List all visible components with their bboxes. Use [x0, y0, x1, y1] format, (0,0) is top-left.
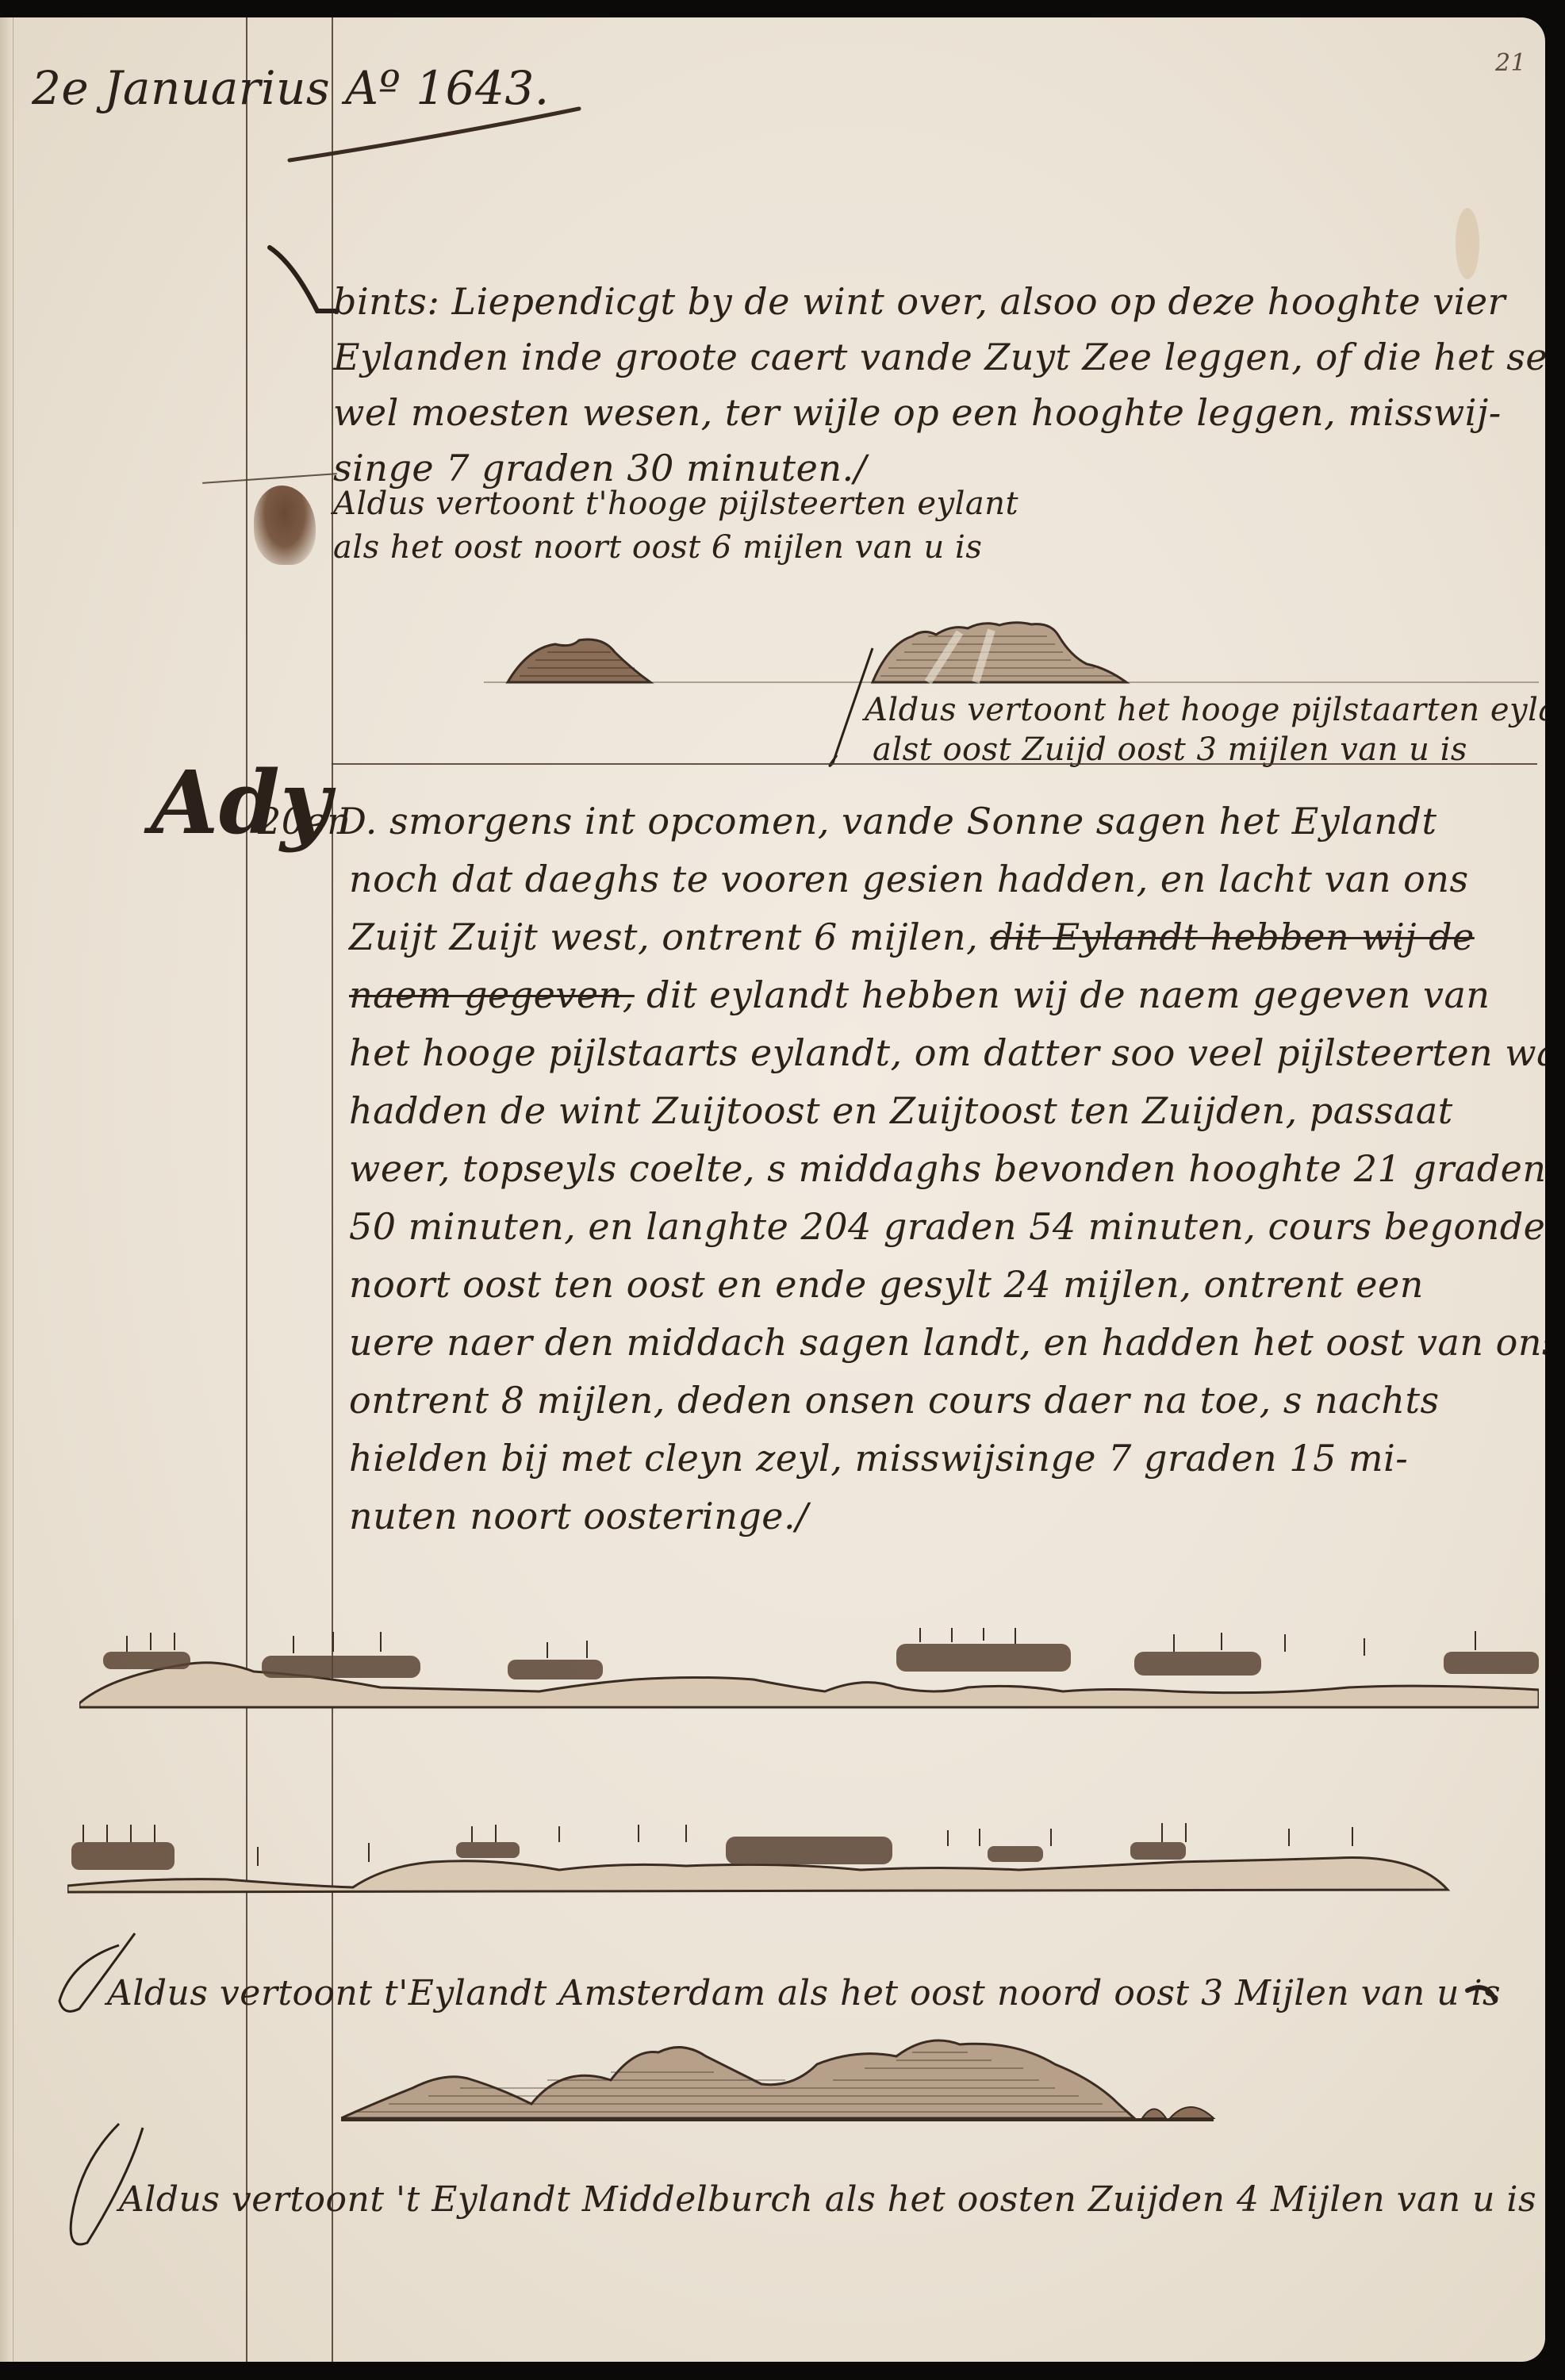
folio-number: 21: [1495, 49, 1526, 77]
entry-1-underline: [202, 473, 337, 484]
sketch-caption-3: Aldus vertoont t'Eylandt Amsterdam als h…: [107, 1973, 1501, 2013]
coastline-palms-upper: [79, 1628, 1539, 1715]
mountain-island-sketch: [341, 2025, 1539, 2128]
sketch-caption-2-line: Aldus vertoont het hooge pijlstaarten ey…: [865, 692, 1545, 728]
entry-2-line: hielden bij met cleyn zeyl, misswijsinge…: [349, 1440, 1408, 1476]
entry-2-line-text: Zuijt Zuijt west, ontrent 6 mijlen,: [349, 916, 978, 958]
large-island-sketch: [873, 623, 1126, 682]
small-island-sketch: [508, 639, 650, 682]
ink-blot: [254, 486, 316, 565]
facing-page-edge: [0, 17, 13, 2362]
manuscript-page: 21 2e Januarius Aº 1643. bints: Liependi…: [0, 17, 1545, 2362]
sketch-caption-1-line: Aldus vertoont t'hooge pijlsteerten eyla…: [333, 486, 1018, 522]
entry-2-line: weer, topseyls coelte, s middaghs bevond…: [349, 1150, 1545, 1187]
entry-2-line: uere naer den middach sagen landt, en ha…: [349, 1324, 1545, 1361]
sketch-caption-1-line: als het oost noort oost 6 mijlen van u i…: [333, 529, 982, 566]
entry-2-line: 50 minuten, en langhte 204 graden 54 min…: [349, 1208, 1545, 1245]
entry-2-line: het hooge pijlstaarts eylandt, om datter…: [349, 1035, 1545, 1071]
entry-1-line: Eylanden inde groote caert vande Zuyt Ze…: [333, 339, 1545, 375]
coastline-palms-lower: [67, 1822, 1463, 1902]
entry-2-line: naem gegeven, dit eylandt hebben wij de …: [349, 977, 1490, 1013]
line-filler-flourish: [1463, 1981, 1503, 2013]
entry-2-line: ontrent 8 mijlen, deden onsen cours daer…: [349, 1382, 1440, 1418]
entry-2-line: nuten noort oosteringe./: [349, 1498, 808, 1534]
entry-2-line: hadden de wint Zuijtoost en Zuijtoost te…: [349, 1092, 1453, 1129]
struck-text: dit Eylandt hebben wij de: [990, 916, 1475, 958]
entry-divider: [332, 763, 1537, 765]
entry-1-line: bints: Liependicgt by de wint over, also…: [333, 283, 1506, 320]
entry-2-line-text: dit eylandt hebben wij de naem gegeven v…: [646, 973, 1490, 1016]
sketch-caption-4: Aldus vertoont 't Eylandt Middelburch al…: [119, 2179, 1536, 2220]
entry-1-line: singe 7 graden 30 minuten./: [333, 450, 867, 486]
entry-2-line: D. smorgens int opcomen, vande Sonne sag…: [337, 803, 1437, 839]
title-flourish: [286, 105, 587, 168]
struck-text: naem gegeven,: [349, 973, 635, 1016]
entry-2-line: noch dat daeghs te vooren gesien hadden,…: [349, 861, 1469, 897]
paper-stain: [1456, 208, 1479, 279]
entry-2-line: Zuijt Zuijt west, ontrent 6 mijlen, dit …: [349, 919, 1475, 955]
entry-2-line: noort oost ten oost en ende gesylt 24 mi…: [349, 1266, 1424, 1303]
entry-1-flourish: [262, 232, 341, 327]
entry-1-line: wel moesten wesen, ter wijle op een hoog…: [333, 394, 1502, 431]
